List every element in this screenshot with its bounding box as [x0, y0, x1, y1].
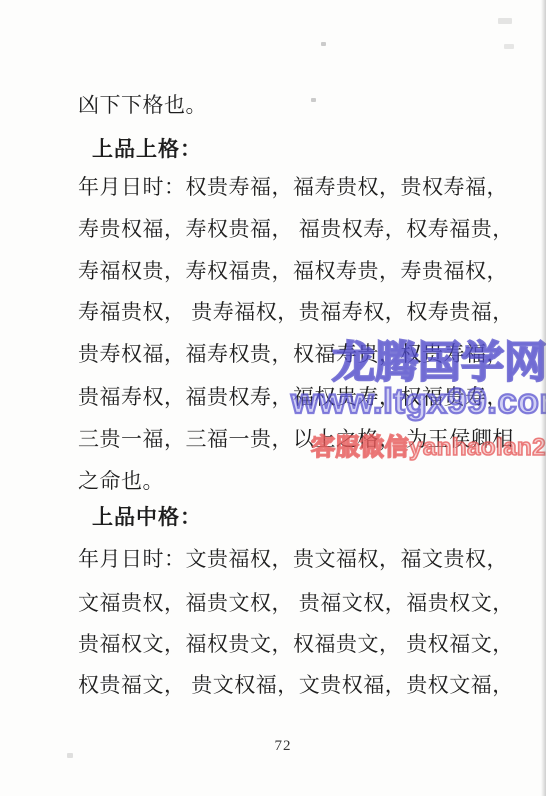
text-line: 凶下下格也。: [78, 93, 528, 117]
text-line: 寿福贵权， 贵寿福权，贵福寿权，权寿贵福，: [78, 300, 528, 324]
scanned-book-page: 凶下下格也。 上品上格： 年月日时：权贵寿福，福寿贵权，贵权寿福， 寿贵权福，寿…: [0, 0, 546, 796]
text-line: 年月日时：文贵福权，贵文福权，福文贵权，: [78, 547, 528, 571]
scan-artifact: [321, 42, 326, 46]
scan-artifact: [67, 753, 73, 758]
scan-artifact: [311, 98, 316, 102]
text-line: 贵寿权福，福寿权贵，权福寿贵，权贵寿福，: [78, 342, 528, 366]
scan-artifact: [504, 44, 514, 49]
text-line: 三贵一福，三福一贵，以上之格， 为王侯卿相: [78, 427, 528, 451]
text-line: 权贵福文， 贵文权福，文贵权福，贵权文福，: [78, 673, 528, 697]
scan-edge-shadow: [541, 0, 546, 796]
text-line: 文福贵权，福贵文权， 贵福文权，福贵权文，: [78, 591, 528, 615]
text-line: 寿贵权福，寿权贵福， 福贵权寿，权寿福贵，: [78, 217, 528, 241]
scan-artifact: [498, 18, 512, 24]
text-line: 贵福权文，福权贵文，权福贵文， 贵权福文，: [78, 632, 528, 656]
text-line: 之命也。: [78, 469, 528, 493]
section-heading: 上品上格：: [92, 137, 542, 161]
text-line: 寿福权贵，寿权福贵，福权寿贵，寿贵福权，: [78, 259, 528, 283]
text-line: 贵福寿权，福贵权寿，福权贵寿，权福贵寿，: [78, 385, 528, 409]
page-number: 72: [0, 738, 546, 755]
text-line: 年月日时：权贵寿福，福寿贵权，贵权寿福，: [78, 175, 528, 199]
section-heading: 上品中格：: [92, 505, 542, 529]
